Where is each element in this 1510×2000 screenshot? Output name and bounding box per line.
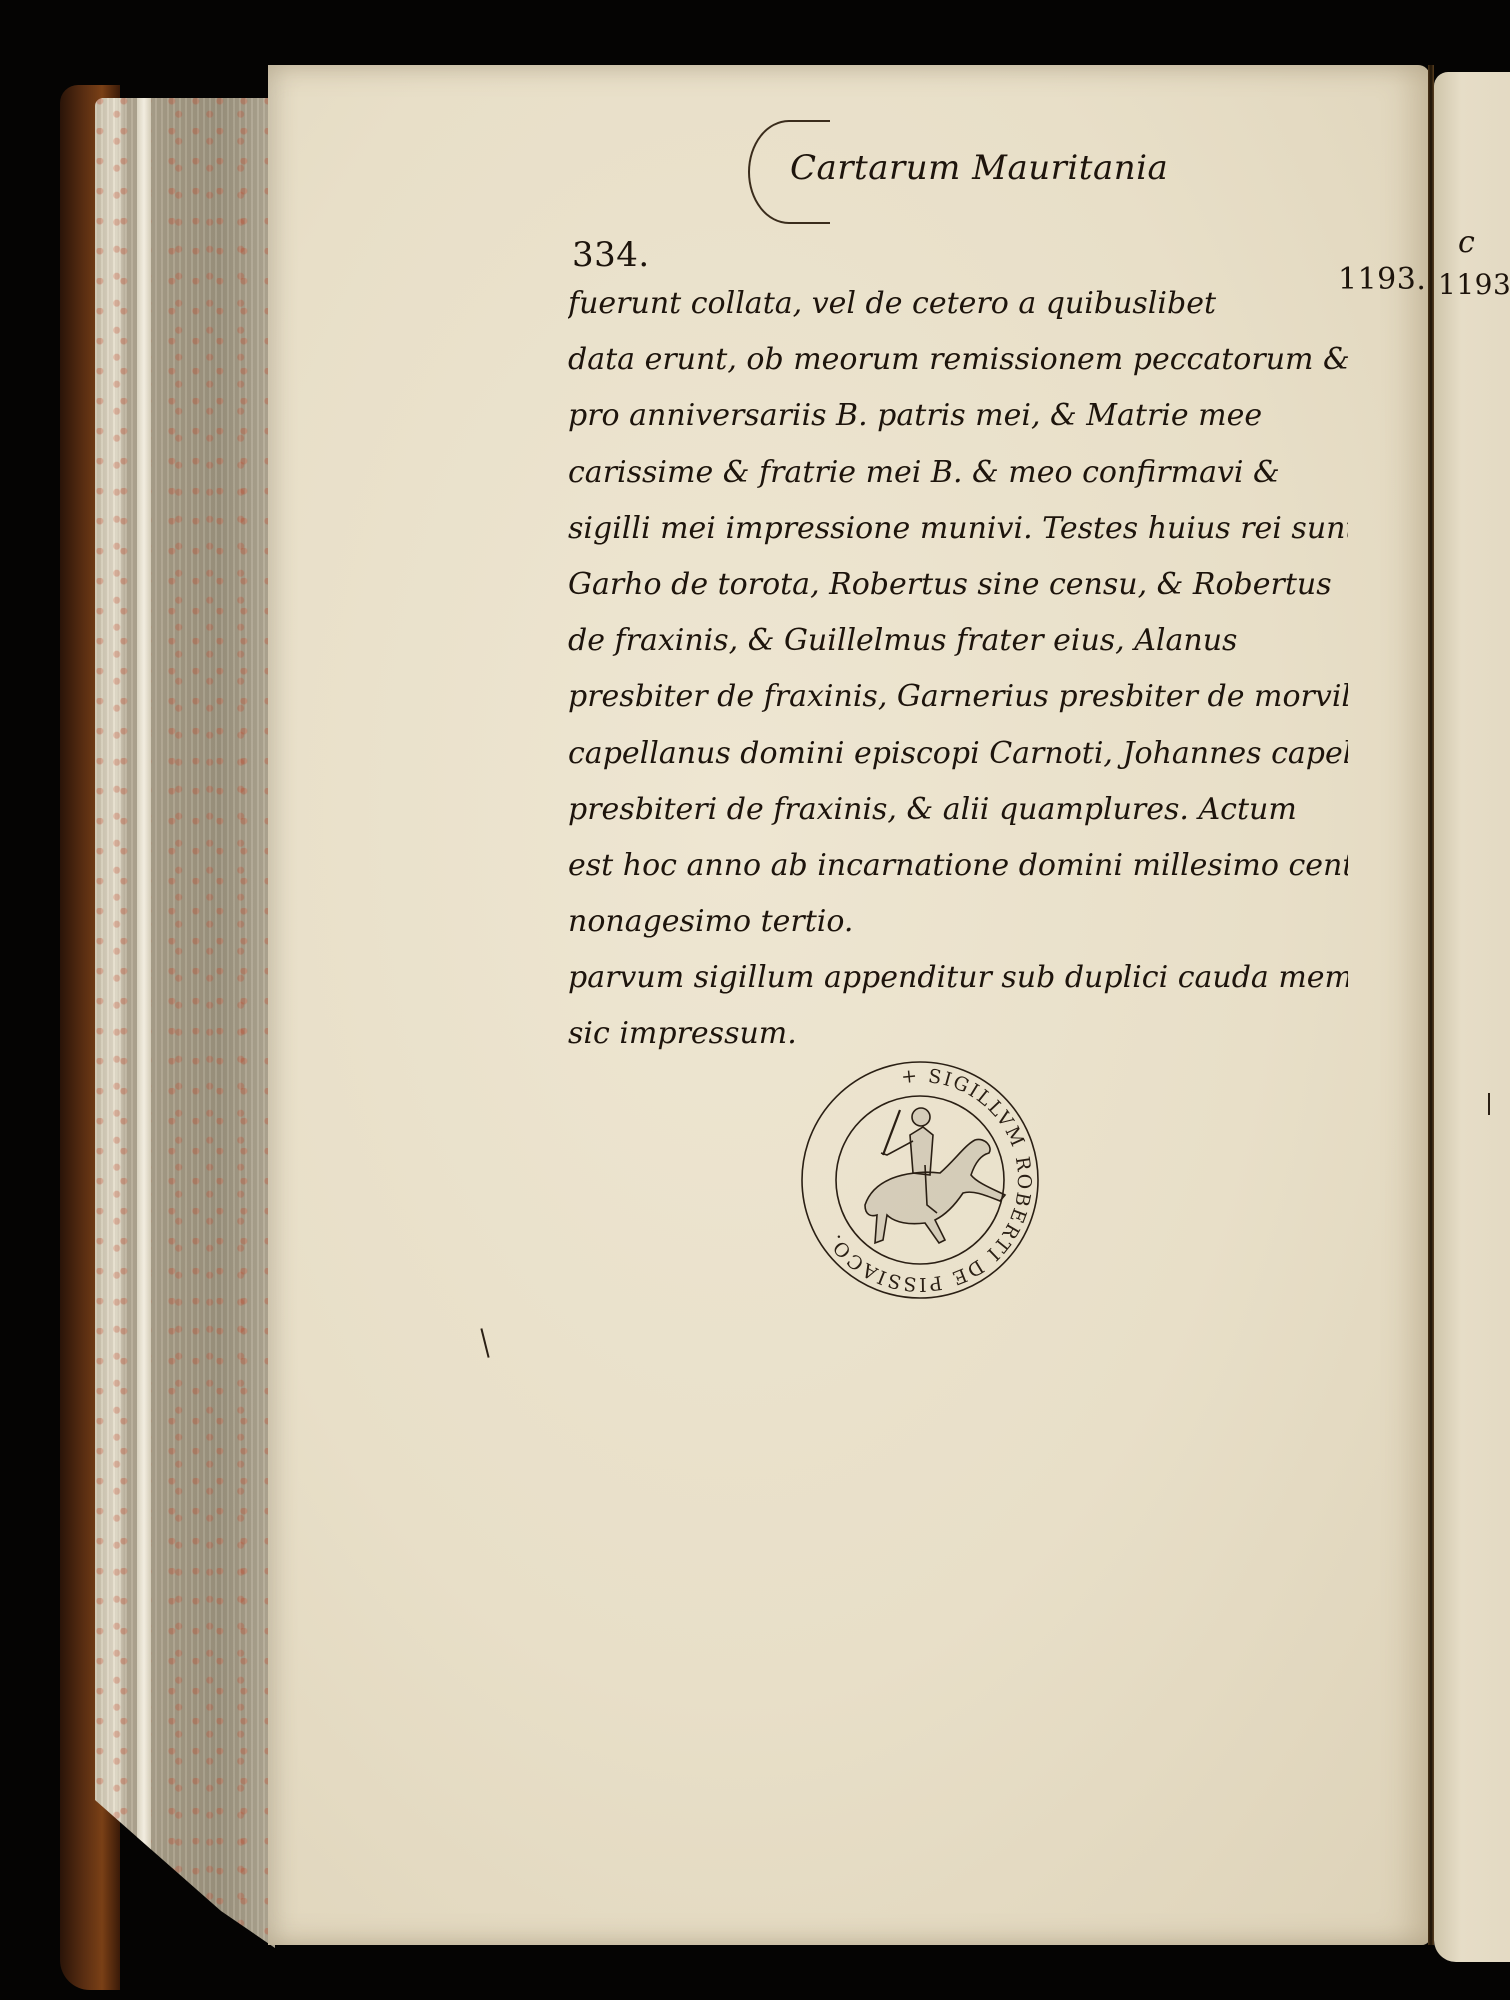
facing-page-edge [1434,72,1510,1962]
stray-ink-mark [1488,1093,1490,1115]
fore-edge-highlight [137,98,151,1948]
seal-drawing: + SIGILLVM ROBERTI DE PISSIACO. [795,1055,1045,1305]
facing-page-letter: c [1458,225,1475,260]
text-line: de fraxinis, & Guillelmus frater eius, A… [568,613,1348,669]
margin-date: 1193. [1338,262,1426,297]
text-line: data erunt, ob meorum remissionem peccat… [568,332,1348,388]
charter-text: fuerunt collata, vel de cetero a quibusl… [568,276,1348,1063]
knight-seal-icon: + SIGILLVM ROBERTI DE PISSIACO. [795,1055,1045,1305]
text-line: est hoc anno ab incarnatione domini mill… [568,838,1348,894]
text-line: carissime & fratrie mei B. & meo confirm… [568,445,1348,501]
text-line: sigilli mei impressione munivi. Testes h… [568,501,1348,557]
page-heading: Cartarum Mauritania [790,148,1168,188]
text-line: pro anniversariis B. patris mei, & Matri… [568,388,1348,444]
text-line: presbiteri de fraxinis, & alii quamplure… [568,782,1348,838]
facing-page-date: 1193. [1438,268,1510,301]
text-line: presbiter de fraxinis, Garnerius presbit… [568,669,1348,725]
text-line: parvum sigillum appenditur sub duplici c… [568,950,1348,1006]
text-line: capellanus domini episcopi Carnoti, Joha… [568,726,1348,782]
text-line: fuerunt collata, vel de cetero a quibusl… [568,276,1348,332]
page-block-fore-edge [95,98,275,1948]
text-line: nonagesimo tertio. [568,894,1348,950]
text-line: Garho de torota, Robertus sine censu, & … [568,557,1348,613]
folio-number: 334. [572,235,650,275]
